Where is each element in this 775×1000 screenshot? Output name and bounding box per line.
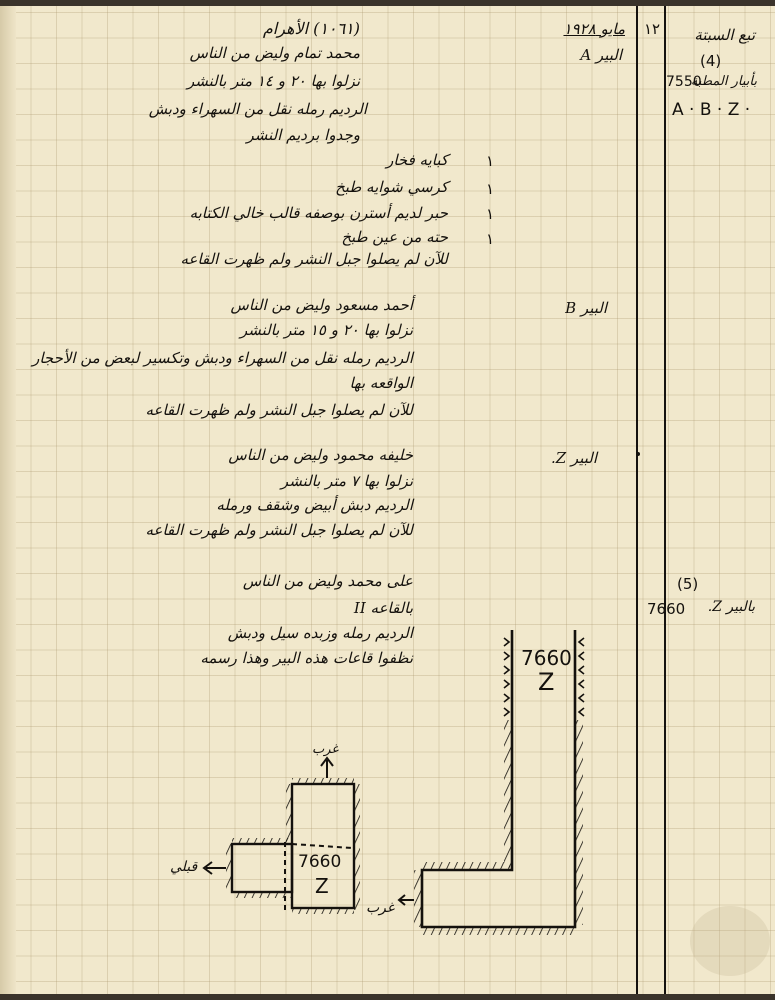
pit-label-a: البير A (580, 40, 622, 70)
hatching (226, 844, 232, 892)
paper-stain (690, 906, 770, 976)
entry-line: نزلوا بها ٢٠ و ١٥ متر بالنشر (240, 315, 413, 345)
entry-line: وجدوا برديم النشر (246, 120, 360, 150)
entry-number-5: (5) (677, 575, 698, 593)
hatching (232, 892, 292, 898)
pit-letters: A · B · Z · (672, 100, 750, 120)
entry-line: نزلوا بها ٢٠ و ١٤ متر بالنشر (187, 66, 360, 96)
entry-line: الواقعه بها (349, 368, 413, 398)
hatching (422, 862, 510, 870)
page-gutter (0, 6, 16, 994)
plan-number: 7660 (298, 852, 341, 872)
pit-label-b: البير B (565, 293, 607, 323)
entry-closing: للآن لم يصلوا جبل النشر ولم ظهرت القاعه (145, 515, 413, 545)
object-number-7550: 7550 (666, 74, 702, 90)
hatching (292, 778, 354, 784)
find-qty: ١ (486, 230, 494, 248)
hatching (292, 908, 354, 914)
direction-label-west: غرب (312, 735, 338, 765)
scan-edge-bottom (0, 994, 775, 1000)
entry-closing: للآن لم يصلوا جبل النشر ولم ظهرت القاعه (145, 395, 413, 425)
find-qty: ١ (486, 152, 494, 170)
right-heading: تبع السبتة (694, 20, 755, 50)
find-qty: ١ (486, 205, 494, 223)
scan-edge-top (0, 0, 775, 6)
hatching (354, 784, 360, 910)
plan-letter: Z (315, 874, 329, 898)
hatching (422, 927, 577, 935)
column-rule-left (636, 6, 638, 994)
pit-label-z: البير Z. (551, 443, 597, 473)
direction-label-qibli: قبلي (170, 852, 197, 882)
entry-line: نظفوا قاعات هذه البير وهذا رسمه (200, 643, 413, 673)
hatching (232, 838, 290, 844)
find-desc: كبايه فخار (386, 145, 448, 175)
shaft-number: 7660 (521, 646, 572, 670)
entry-closing: للآن لم يصلوا جبل النشر ولم ظهرت القاعه (180, 244, 448, 274)
entry-line: محمد تمام وليض من الناس (190, 38, 360, 68)
hatching (575, 720, 583, 925)
right-entry-2-label: بالبير Z. (708, 592, 755, 622)
hatching (286, 784, 292, 842)
shaft-letter: Z (538, 668, 554, 696)
find-qty: ١ (486, 180, 494, 198)
direction-label-west-2: غرب (366, 893, 394, 923)
dot-mark (636, 452, 640, 456)
entry-line: على محمد وليض من الناس (243, 566, 413, 596)
hatching (414, 870, 422, 927)
day-number: ١٢ (644, 20, 660, 38)
column-rule-right (664, 6, 666, 994)
plan-sketch-small (160, 730, 380, 930)
object-number-7660: 7660 (647, 600, 685, 618)
hatching (504, 720, 512, 868)
